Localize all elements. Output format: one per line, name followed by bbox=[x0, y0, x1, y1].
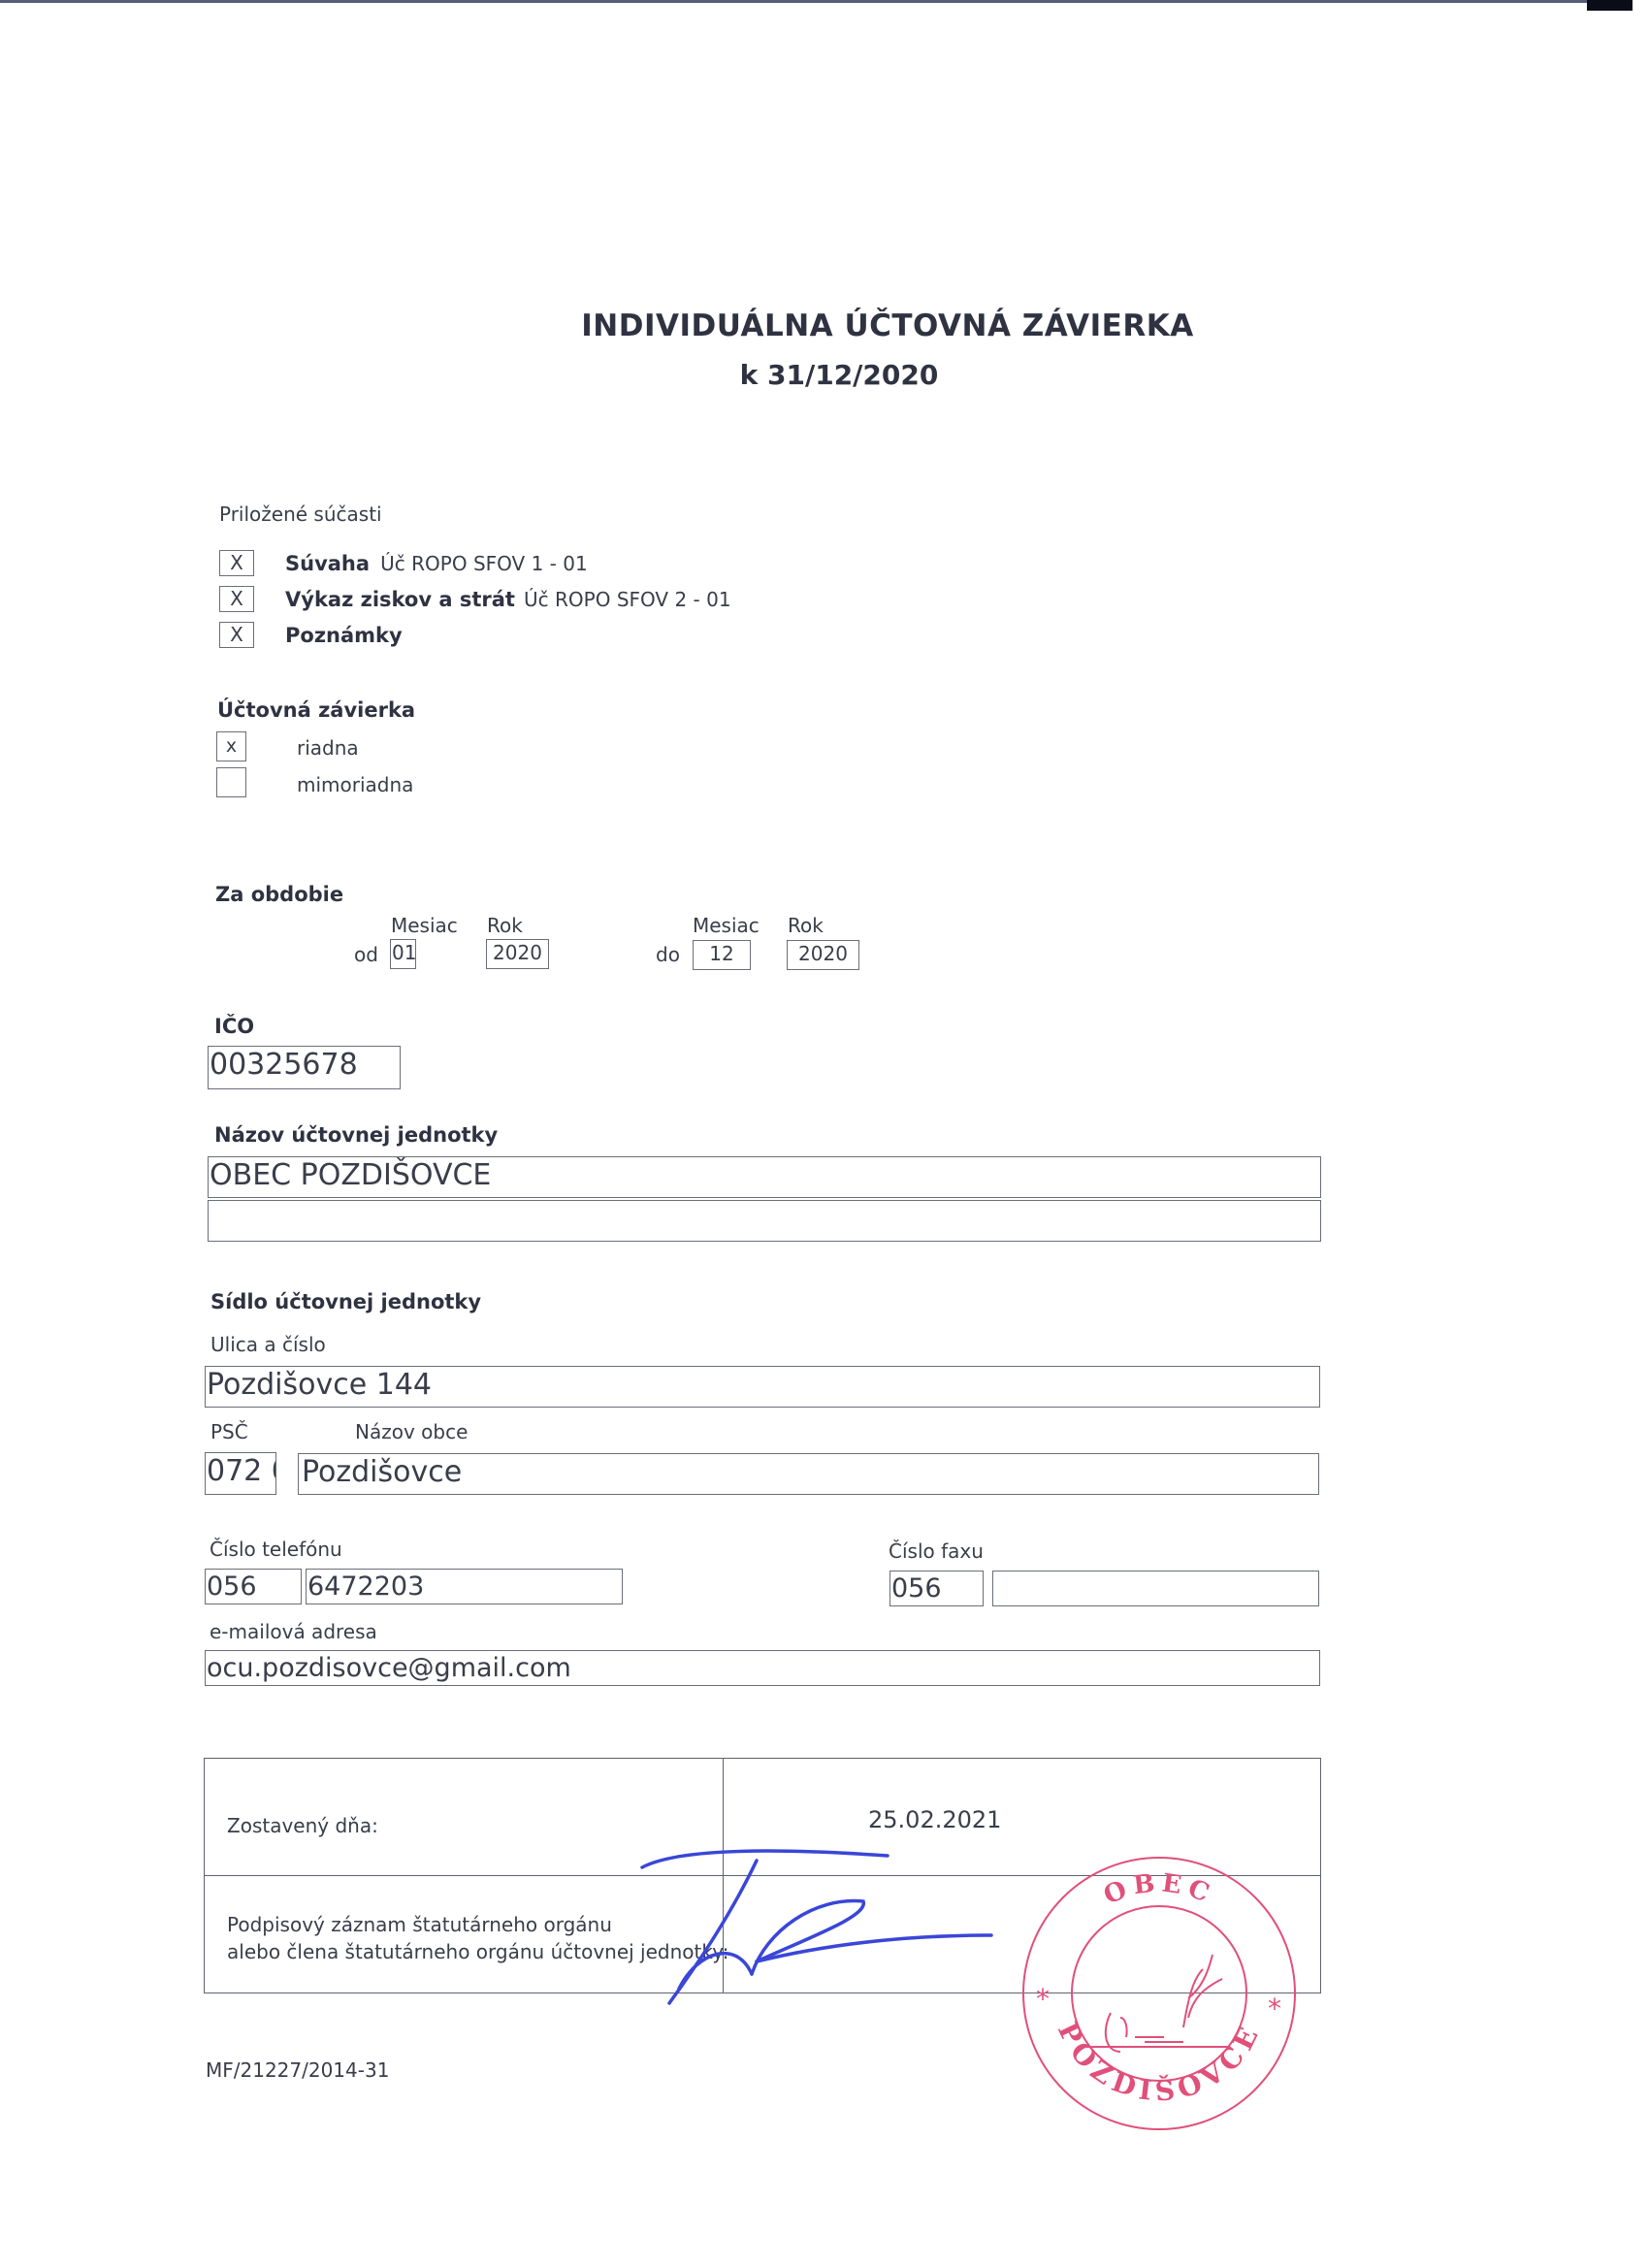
form-code: MF/21227/2014-31 bbox=[206, 2058, 389, 2082]
handwritten-signature bbox=[0, 0, 1649, 2268]
